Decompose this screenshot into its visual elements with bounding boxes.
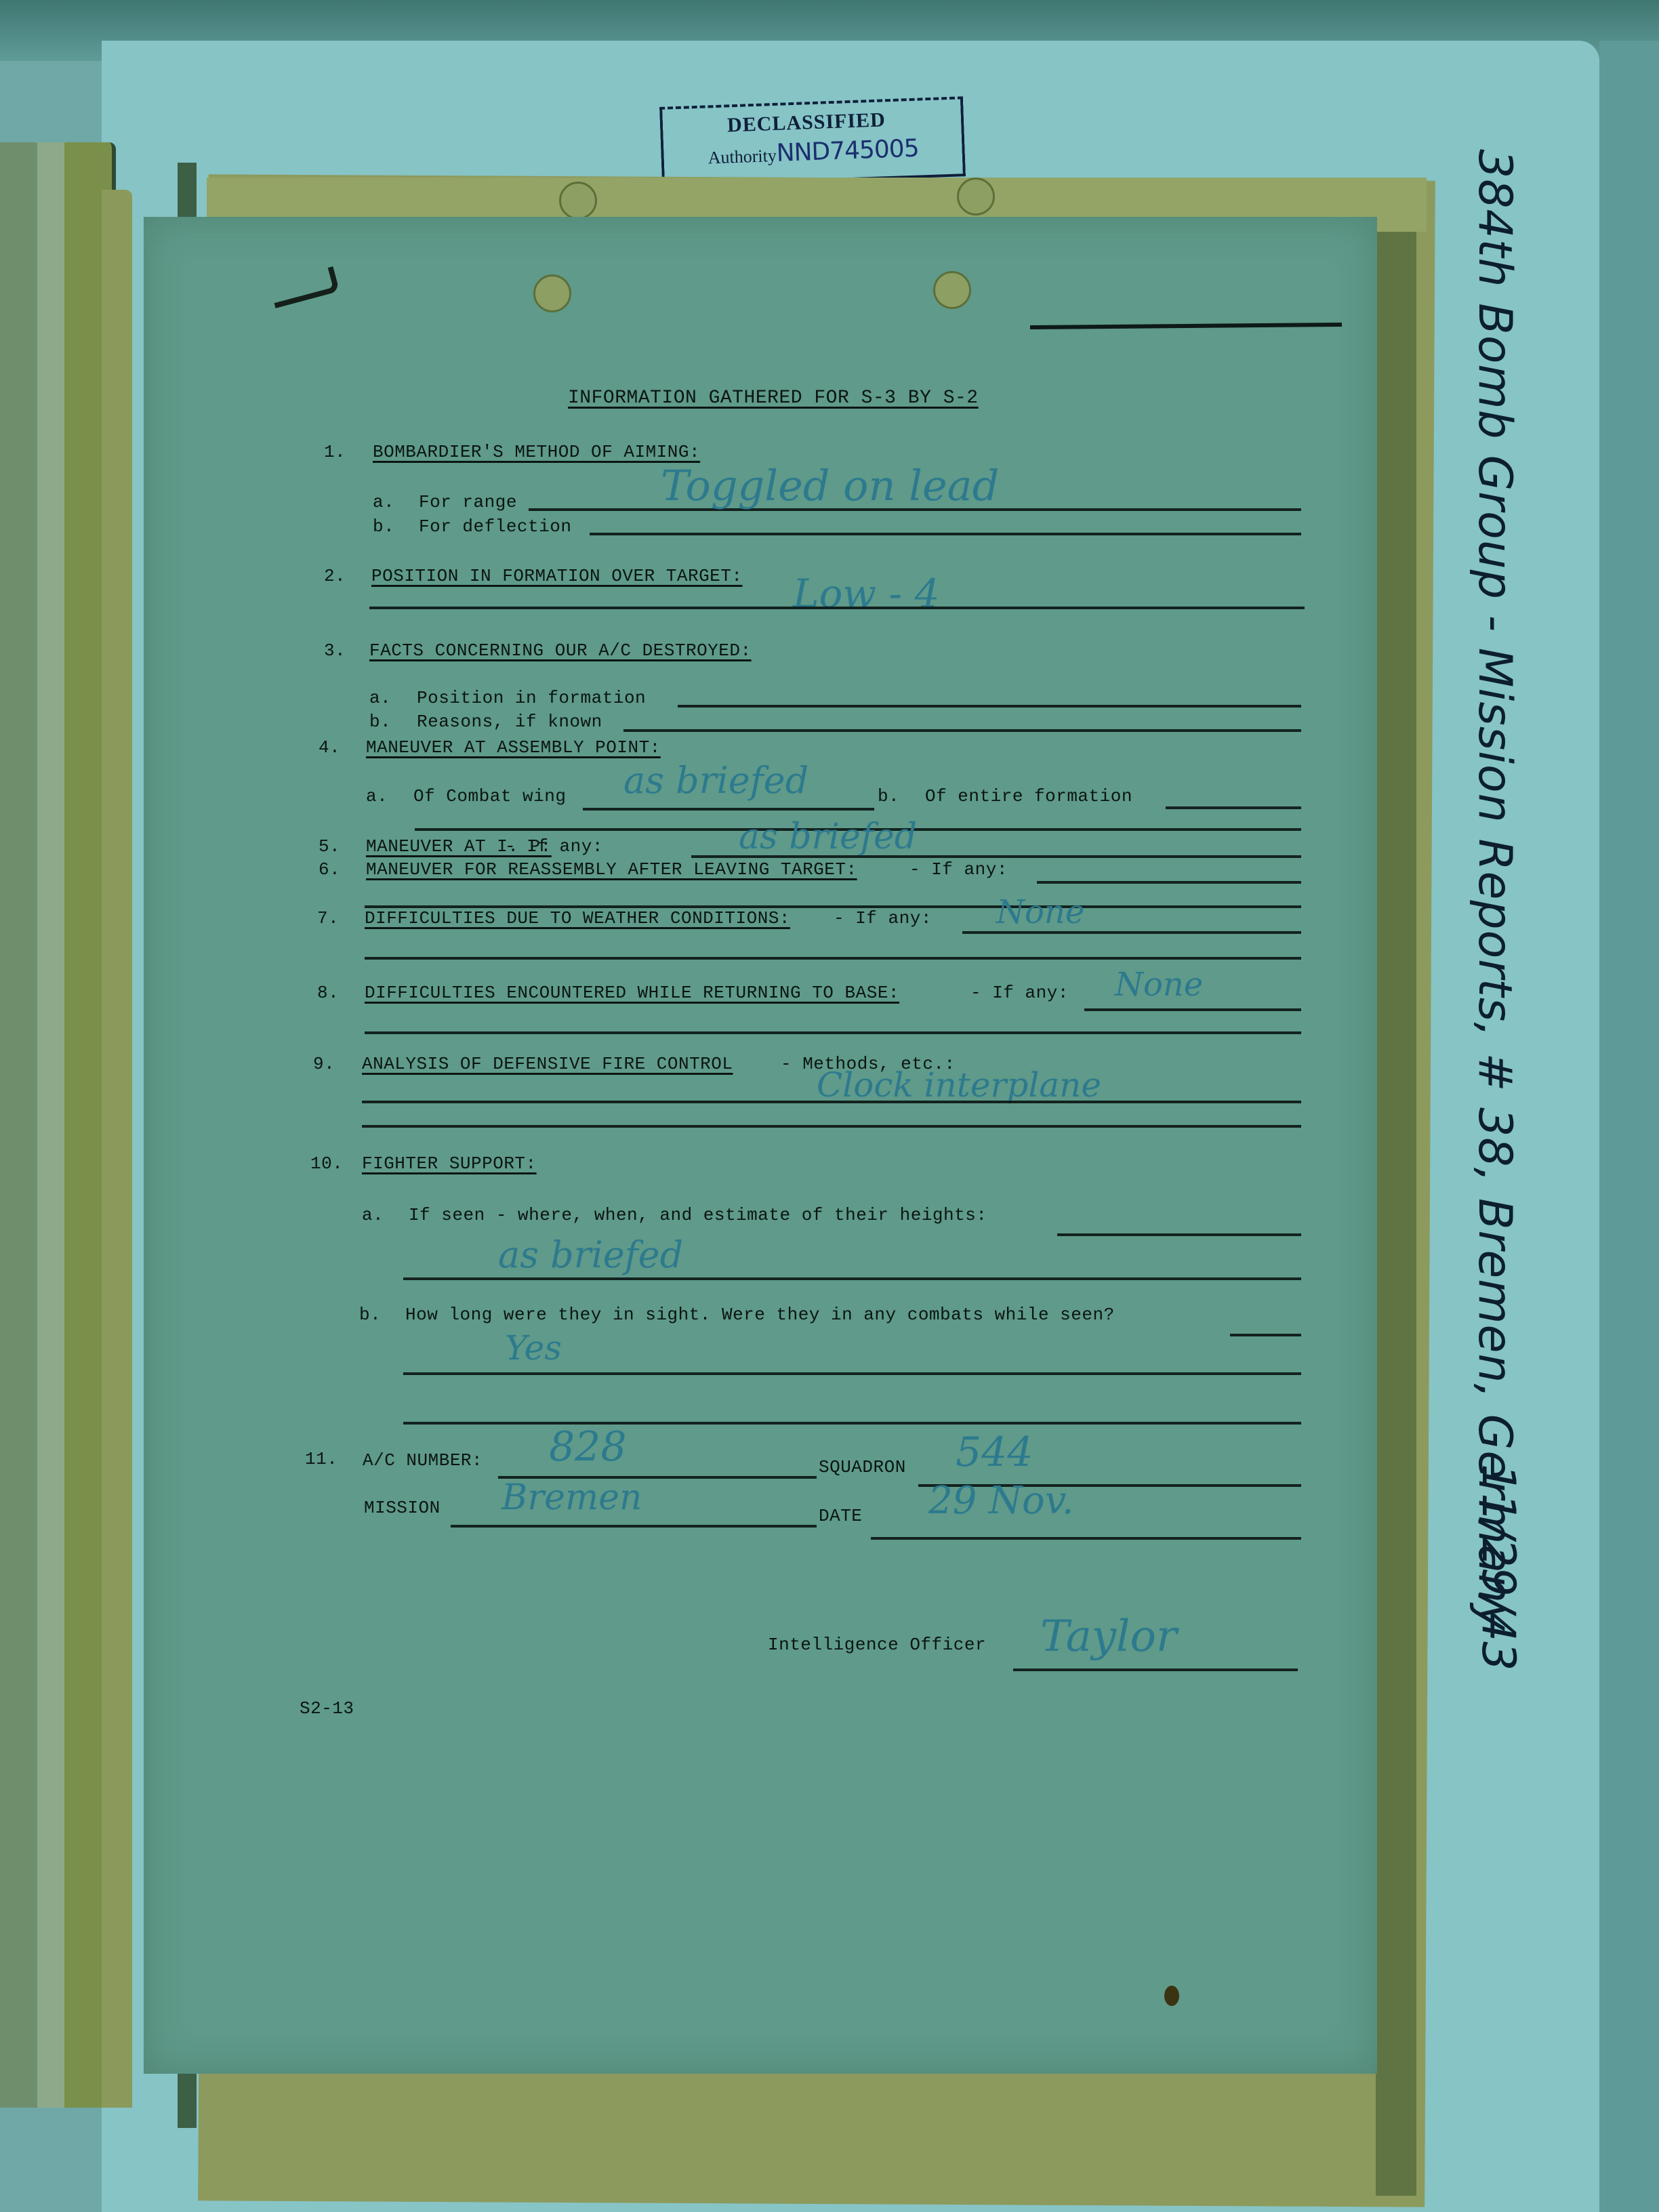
- item-text: Of Combat wing: [413, 786, 566, 806]
- form-content: INFORMATION GATHERED FOR S-3 BY S-2 1. B…: [0, 0, 1659, 2212]
- item-label: b.: [369, 712, 391, 732]
- section-suffix: - If any:: [970, 983, 1069, 1003]
- answer-line: [403, 1372, 1301, 1375]
- section-heading: BOMBARDIER'S METHOD OF AIMING:: [373, 442, 700, 462]
- answer-line: [871, 1537, 1301, 1540]
- answer-fighter-duration: Yes: [505, 1328, 562, 1368]
- section-heading: FACTS CONCERNING OUR A/C DESTROYED:: [369, 640, 752, 661]
- answer-defensive-fire: Clock interplane: [817, 1065, 1101, 1105]
- answer-line: [369, 607, 1305, 609]
- answer-aiming-range: Toggled on lead: [661, 461, 999, 510]
- field-label: DATE: [819, 1506, 862, 1526]
- item-label: a.: [369, 688, 391, 708]
- section-number: 3.: [324, 640, 346, 661]
- item-text: Of entire formation: [925, 786, 1132, 806]
- form-title: INFORMATION GATHERED FOR S-3 BY S-2: [568, 388, 979, 409]
- signature-label: Intelligence Officer: [768, 1635, 986, 1655]
- section-number: 10.: [310, 1153, 343, 1174]
- answer-line: [403, 1277, 1301, 1280]
- item-text: For range: [419, 492, 517, 512]
- item-text: Reasons, if known: [417, 712, 602, 732]
- item-label: a.: [373, 492, 394, 512]
- section-heading: DIFFICULTIES ENCOUNTERED WHILE RETURNING…: [365, 983, 899, 1003]
- answer-line: [623, 729, 1301, 732]
- item-label: a.: [366, 786, 388, 806]
- field-label: MISSION: [364, 1498, 441, 1518]
- item-text: If seen - where, when, and estimate of t…: [409, 1205, 987, 1225]
- section-number: 9.: [313, 1054, 335, 1074]
- answer-ip-maneuver: as briefed: [739, 817, 917, 857]
- section-heading: POSITION IN FORMATION OVER TARGET:: [371, 566, 743, 586]
- item-text: Position in formation: [417, 688, 646, 708]
- date-value: 29 Nov.: [928, 1479, 1074, 1523]
- field-label: SQUADRON: [819, 1457, 906, 1477]
- section-heading: FIGHTER SUPPORT:: [362, 1153, 537, 1174]
- answer-line: [583, 808, 874, 811]
- margin-annotation-date: 11/29/43: [1471, 1464, 1525, 1671]
- item-label: a.: [362, 1205, 384, 1225]
- squadron-value: 544: [956, 1429, 1033, 1476]
- answer-line: [962, 931, 1301, 934]
- answer-line: [590, 533, 1301, 535]
- section-suffix: - If any:: [505, 836, 603, 857]
- item-label: b.: [373, 516, 394, 537]
- signature-value: Taylor: [1040, 1612, 1177, 1662]
- answer-line: [678, 705, 1301, 708]
- section-number: 4.: [319, 737, 340, 758]
- answer-line: [1037, 881, 1301, 884]
- section-heading: ANALYSIS OF DEFENSIVE FIRE CONTROL: [362, 1054, 733, 1074]
- answer-return: None: [1115, 966, 1203, 1004]
- answer-line: [1057, 1233, 1301, 1236]
- mission-value: Bremen: [501, 1477, 642, 1518]
- section-heading: MANEUVER FOR REASSEMBLY AFTER LEAVING TA…: [366, 859, 857, 880]
- answer-line: [362, 1125, 1301, 1128]
- answer-line: [365, 1031, 1301, 1034]
- answer-line: [1230, 1334, 1301, 1336]
- signature-line: [1013, 1668, 1298, 1671]
- item-text: How long were they in sight. Were they i…: [405, 1305, 1115, 1325]
- margin-annotation: 384th Bomb Group - Mission Reports, # 38…: [1468, 149, 1521, 1631]
- section-number: 2.: [324, 566, 346, 586]
- answer-weather: None: [996, 893, 1084, 931]
- section-heading: MANEUVER AT ASSEMBLY POINT:: [366, 737, 661, 758]
- form-number: S2-13: [300, 1698, 354, 1719]
- item-text: For deflection: [419, 516, 571, 537]
- section-number: 5.: [319, 836, 340, 857]
- answer-line: [1084, 1008, 1301, 1011]
- answer-line: [365, 957, 1301, 960]
- section-number: 11.: [305, 1449, 337, 1469]
- answer-line: [1166, 806, 1301, 809]
- section-number: 7.: [317, 908, 339, 928]
- section-suffix: - If any:: [834, 908, 932, 928]
- ac-number-value: 828: [549, 1423, 627, 1471]
- section-number: 8.: [317, 983, 339, 1003]
- answer-line: [691, 855, 1301, 858]
- section-suffix: - If any:: [909, 859, 1008, 880]
- section-number: 6.: [319, 859, 340, 880]
- answer-position: Low - 4: [793, 571, 939, 617]
- field-label: A/C NUMBER:: [363, 1450, 483, 1471]
- item-label: b.: [878, 786, 899, 806]
- answer-line: [403, 1422, 1301, 1425]
- answer-combat-wing: as briefed: [623, 759, 808, 802]
- section-number: 1.: [324, 442, 346, 462]
- answer-fighter-seen: as briefed: [498, 1233, 683, 1276]
- answer-line: [362, 1101, 1301, 1103]
- item-label: b.: [359, 1305, 381, 1325]
- section-heading: DIFFICULTIES DUE TO WEATHER CONDITIONS:: [365, 908, 790, 928]
- answer-line: [451, 1525, 817, 1528]
